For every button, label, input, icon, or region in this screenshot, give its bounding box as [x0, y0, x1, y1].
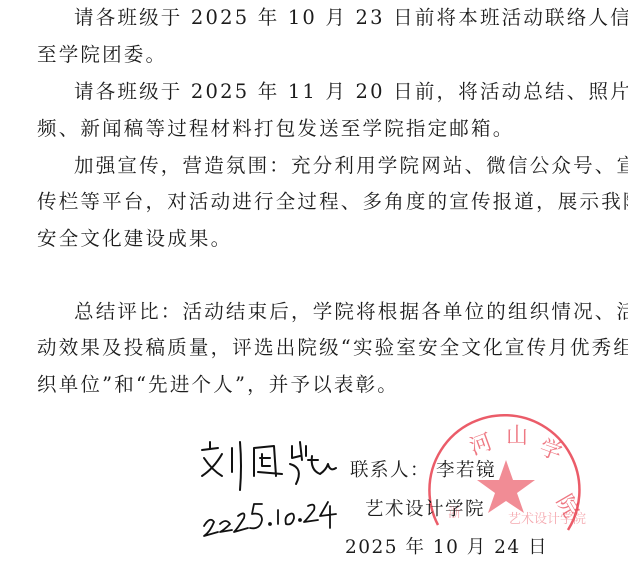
- document-date: 2025 年 10 月 24 日: [345, 537, 548, 559]
- svg-text:学: 学: [536, 435, 565, 466]
- document-page: 请各班级于 2025 年 10 月 23 日前将本班活动联络人信息报 至学院团委…: [0, 0, 628, 569]
- contact-name: 李若镜: [436, 460, 496, 481]
- svg-text:艺术设计学院: 艺术设计学院: [508, 511, 586, 527]
- svg-text:院: 院: [551, 491, 584, 523]
- paragraph-3-line-1: 加强宣传，营造氛围：充分利用学院网站、微信公众号、宣: [74, 154, 614, 178]
- handwritten-signature: [196, 436, 346, 491]
- paragraph-3-line-3: 安全文化建设成果。: [37, 227, 577, 251]
- svg-text:山: 山: [506, 424, 528, 449]
- svg-text:河: 河: [467, 430, 496, 461]
- paragraph-2-line-1: 请各班级于 2025 年 11 月 20 日前，将活动总结、照片、视: [74, 80, 614, 104]
- paragraph-4-line-2: 动效果及投稿质量，评选出院级“实验室安全文化宣传月优秀组: [37, 336, 577, 360]
- contact-line: 联系人：李若镜: [350, 460, 496, 482]
- paragraph-1-line-1: 请各班级于 2025 年 10 月 23 日前将本班活动联络人信息报: [74, 6, 614, 30]
- department-name: 艺术设计学院: [365, 499, 485, 521]
- paragraph-4-line-3: 织单位”和“先进个人”，并予以表彰。: [37, 373, 577, 397]
- paragraph-4-line-1: 总结评比：活动结束后，学院将根据各单位的组织情况、活: [74, 300, 614, 324]
- paragraph-1-line-2: 至学院团委。: [37, 43, 577, 67]
- paragraph-3-line-2: 传栏等平台，对活动进行全过程、多角度的宣传报道，展示我院: [37, 190, 577, 214]
- handwritten-date: [200, 498, 350, 538]
- paragraph-2-line-2: 频、新闻稿等过程材料打包发送至学院指定邮箱。: [37, 117, 577, 141]
- contact-label: 联系人：: [350, 460, 430, 481]
